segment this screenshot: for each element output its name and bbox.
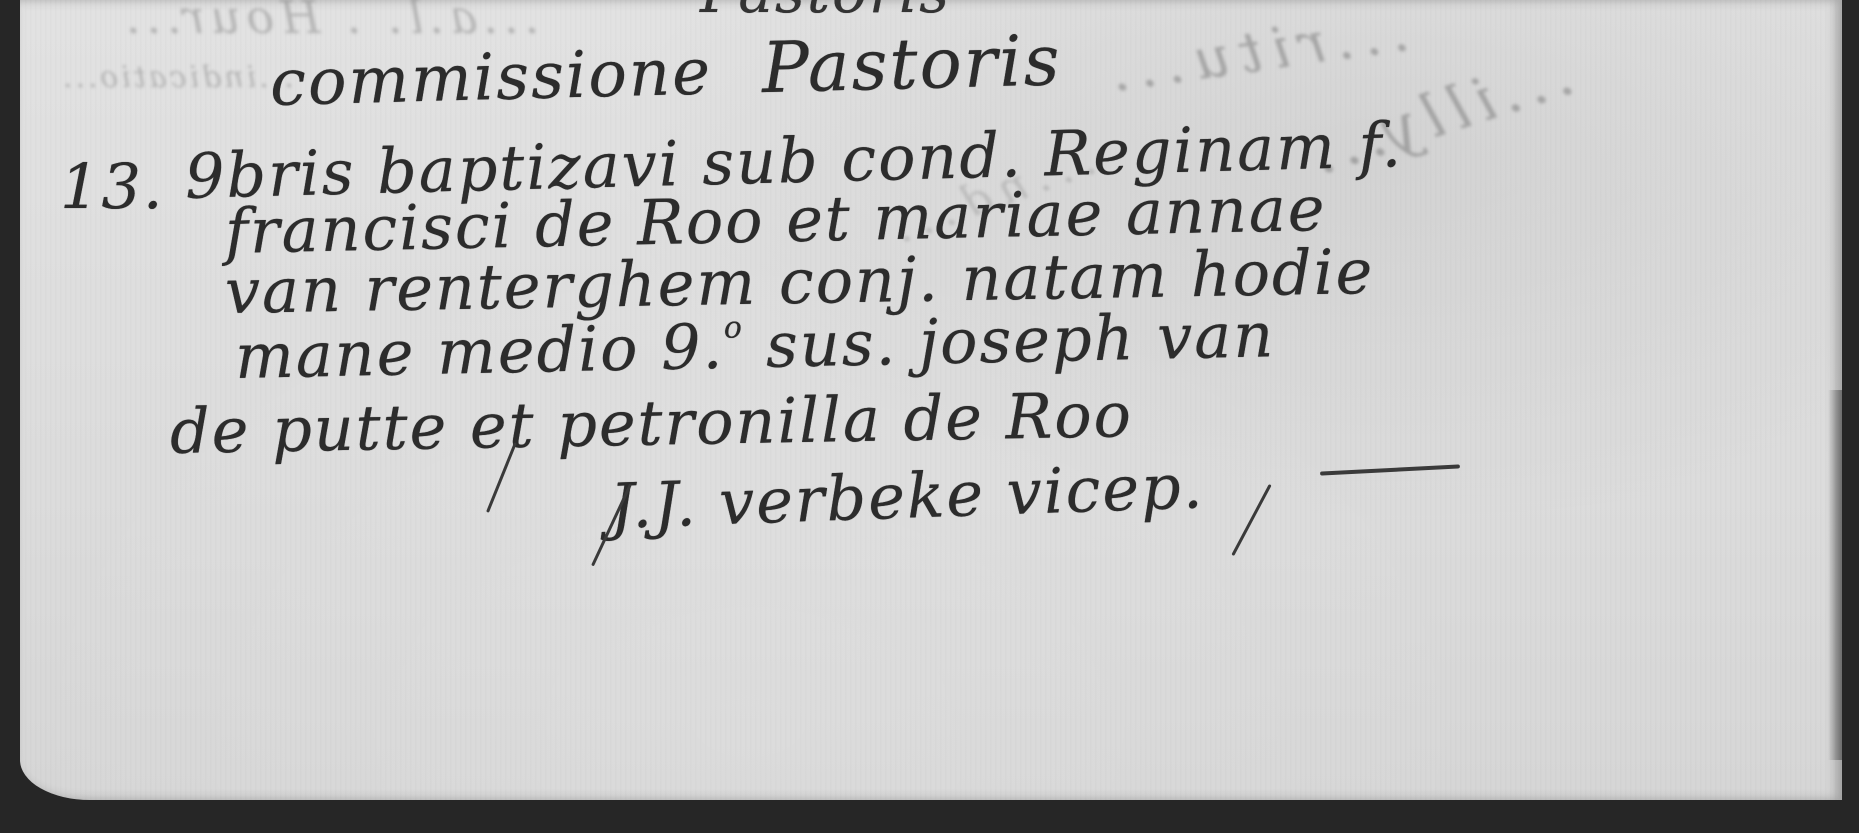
ordinal-superscript: o	[723, 310, 744, 345]
entry-line-6: de putte et petronilla de Roo	[169, 378, 1133, 468]
paper-edge-shadow	[1828, 390, 1842, 760]
partial-top-line: Pastoris	[700, 0, 951, 26]
signature-flourish	[1320, 464, 1460, 475]
bleed-through-text: ...indicatio...	[60, 60, 294, 95]
entry-line-5-start: mane medio 9.	[234, 310, 725, 393]
entry-number: 13.	[60, 150, 165, 223]
signature-descender	[1231, 484, 1271, 556]
entry-line-5-end: sus. joseph van	[743, 298, 1275, 382]
signature: J.J. verbeke vicep.	[609, 449, 1206, 543]
heading-commissione: commissione	[269, 35, 713, 121]
heading-pastoris: Pastoris	[761, 19, 1063, 109]
paper-sheet: ...a.l. . Hour... ...indicatio... ...rit…	[20, 0, 1842, 800]
scanned-page: ...a.l. . Hour... ...indicatio... ...rit…	[0, 0, 1859, 833]
bleed-through-text: ...ritu...	[1097, 0, 1413, 106]
